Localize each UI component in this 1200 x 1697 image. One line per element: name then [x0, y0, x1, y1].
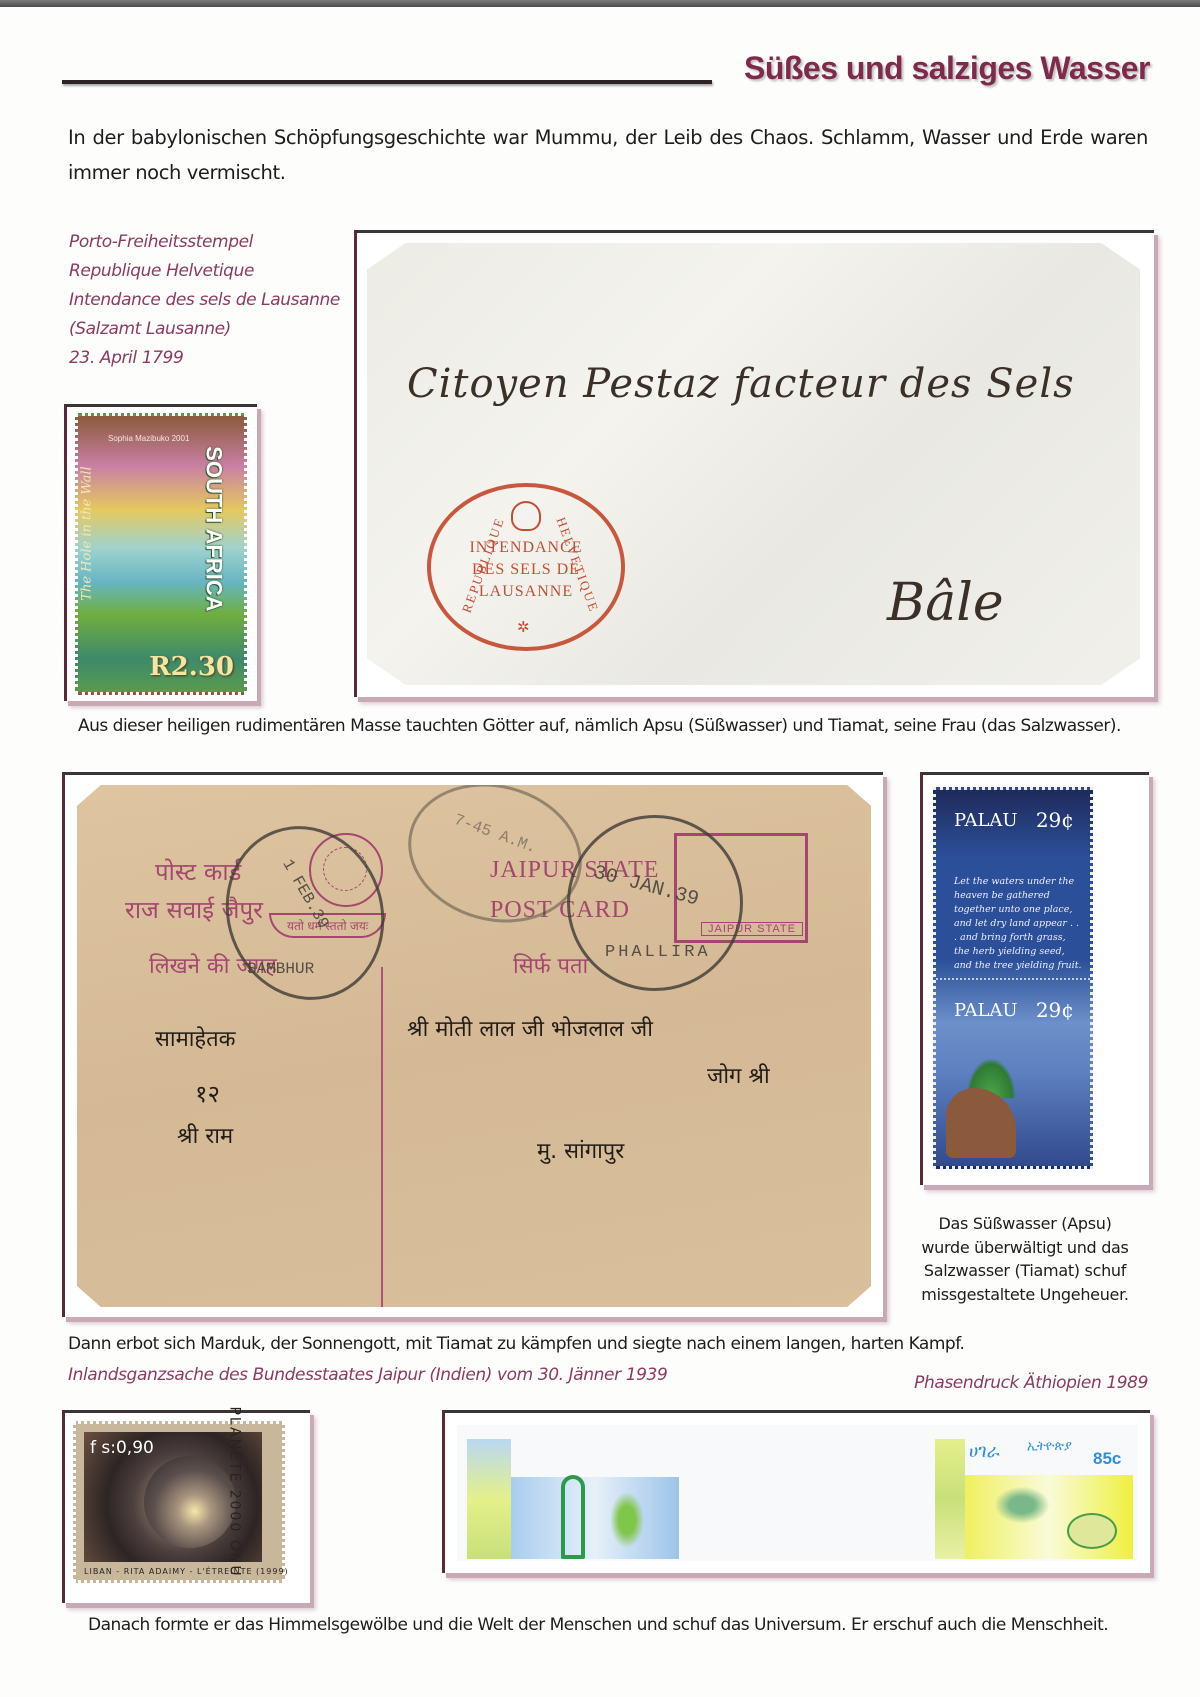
hair-ornament-icon: [561, 1475, 585, 1559]
palau-stamp-pair: PALAU 29¢ Let the waters under the heave…: [933, 787, 1093, 1169]
handwritten-address-line: मु. सांगापुर: [537, 1135, 624, 1165]
dancers-icon: [607, 1487, 647, 1553]
card-divider: [381, 967, 383, 1307]
stamp-value: 29¢: [1036, 998, 1074, 1022]
phase-panel-blue: [511, 1477, 679, 1559]
handwritten-note: १२: [195, 1077, 220, 1110]
jaipur-card-mount: पोस्ट कार्ड राज सवाई जैपुर यतो धर्म स्तत…: [62, 772, 883, 1317]
caption-creation: Danach formte er das Himmelsgewölbe und …: [88, 1615, 1108, 1635]
title-rule: [62, 80, 712, 84]
caption-line: Salzwasser (Tiamat) schuf: [905, 1259, 1145, 1283]
note-line: Intendance des sels de Lausanne: [69, 286, 340, 315]
caption-line: wurde überwältigt und das: [905, 1236, 1145, 1260]
south-africa-stamp: Sophia Mazibuko 2001 The Hole in the Wal…: [75, 413, 247, 695]
handwritten-destination: Bâle: [887, 573, 1004, 633]
handwritten-address-line: जोग श्री: [707, 1060, 770, 1090]
palau-stamp-bottom: PALAU 29¢: [936, 978, 1090, 1168]
handwritten-address-line: श्री मोती लाल जी भोजलाल जी: [407, 1013, 653, 1043]
phase-panel-left: [467, 1439, 511, 1559]
postmark-place: PHALLIRA: [605, 943, 711, 962]
ethiopia-strip-mount: ሀገራ ኢትዮጵያ 85c: [442, 1410, 1150, 1573]
stamp-verse: Let the waters under the heaven be gathe…: [954, 875, 1084, 973]
note-jaipur: Inlandsganzsache des Bundesstaates Jaipu…: [68, 1365, 667, 1385]
note-line: Republique Helvetique: [69, 257, 340, 286]
south-africa-stamp-mount: Sophia Mazibuko 2001 The Hole in the Wal…: [64, 404, 257, 701]
caption-line: Das Süßwasser (Apsu): [905, 1212, 1145, 1236]
stamp-artist: Sophia Mazibuko 2001: [108, 434, 189, 443]
stamp-line: DES SELS DE: [431, 559, 621, 581]
card-address-only: सिर्फ पता: [513, 950, 588, 980]
stamp-footer: LIBAN - RITA ADAIMY - L'ÉTREINTE (1999): [84, 1567, 289, 1576]
caption-marduk: Dann erbot sich Marduk, der Sonnengott, …: [68, 1334, 964, 1354]
postmark-phallira: [567, 815, 743, 991]
star-icon: ✲: [517, 618, 530, 637]
stamp-line: INTENDANCE: [431, 537, 621, 559]
palau-stamp-top: PALAU 29¢ Let the waters under the heave…: [936, 790, 1090, 978]
stamp-value: R2.30: [149, 652, 234, 682]
intendance-cancel-stamp: REPUBLIQUE HELVETIQUE INTENDANCE DES SEL…: [427, 483, 625, 651]
handwritten-addressee: Citoyen Pestaz facteur des Sels: [407, 361, 1075, 407]
stamp-country: PALAU: [954, 1000, 1018, 1021]
palau-stamps-mount: PALAU 29¢ Let the waters under the heave…: [920, 772, 1149, 1185]
stamp-title: The Hole in the Wall: [80, 466, 95, 600]
postmark-place: SAMBHUR: [247, 960, 314, 978]
note-line: 23. April 1799: [69, 344, 340, 373]
globe-icon: [144, 1456, 236, 1548]
stamp-country: SOUTH AFRICA: [200, 446, 226, 611]
caption-gods: Aus dieser heiligen rudimentären Masse t…: [78, 716, 1121, 736]
onu-stamp-mount: f s:0,90 PLANÈTE 2000 ONU LIBAN - RITA A…: [62, 1410, 310, 1603]
cover-1799-mount: Citoyen Pestaz facteur des Sels Bâle REP…: [354, 230, 1154, 697]
stamp-value: 29¢: [1036, 808, 1074, 832]
drum-icon: [1067, 1513, 1117, 1549]
phase-panel-right-strip: [935, 1439, 965, 1559]
crest-icon: [511, 501, 541, 531]
stamp-country-amharic: ኢትዮጵያ: [1027, 1439, 1072, 1454]
cover-1799: Citoyen Pestaz facteur des Sels Bâle REP…: [367, 243, 1140, 685]
scan-top-edge: [0, 0, 1200, 7]
jaipur-postcard: पोस्ट कार्ड राज सवाई जैपुर यतो धर्म स्तत…: [77, 785, 871, 1307]
shore-icon: [946, 1088, 1016, 1158]
page-title: Süßes und salziges Wasser: [744, 50, 1150, 87]
stamp-line: LAUSANNE: [431, 581, 621, 603]
cover-description: Porto-Freiheitsstempel Republique Helvet…: [69, 228, 340, 373]
caption-line: missgestaltete Ungeheuer.: [905, 1283, 1145, 1307]
handwritten-note: सामाहेतक: [155, 1023, 236, 1053]
ethiopia-phase-print: ሀገራ ኢትዮጵያ 85c: [457, 1425, 1138, 1561]
stamp-value: f s:0,90: [90, 1438, 154, 1458]
handwritten-note: श्री राम: [177, 1120, 233, 1150]
note-line: Porto-Freiheitsstempel: [69, 228, 340, 257]
stamp-side-text: PLANÈTE 2000 ONU: [226, 1406, 242, 1577]
intro-paragraph: In der babylonischen Schöpfungsgeschicht…: [68, 120, 1148, 190]
note-ethiopia: Phasendruck Äthiopien 1989: [914, 1373, 1148, 1393]
stamp-amharic-label: ሀገራ: [969, 1441, 1000, 1462]
stamp-value: 85c: [1093, 1449, 1121, 1469]
riders-icon: [992, 1485, 1052, 1525]
stamp-country: PALAU: [954, 810, 1018, 831]
palau-caption: Das Süßwasser (Apsu) wurde überwältigt u…: [905, 1212, 1145, 1306]
note-line: (Salzamt Lausanne): [69, 315, 340, 344]
onu-stamp: f s:0,90 PLANÈTE 2000 ONU LIBAN - RITA A…: [73, 1421, 285, 1583]
